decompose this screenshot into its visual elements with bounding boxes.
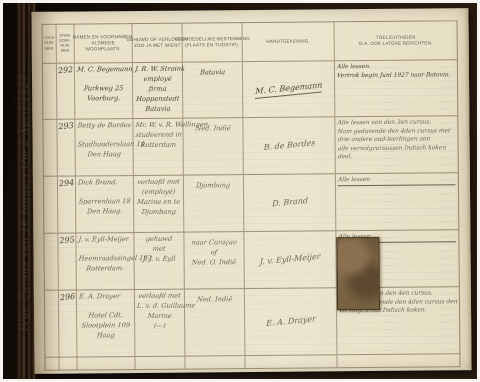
- pasted-photo-fragment: [336, 237, 380, 310]
- handwriting-line: Mr. W. v. R. Wellingen: [135, 121, 181, 131]
- handwriting-line: ZOO JA MET WIEN?: [134, 43, 180, 50]
- destination-cell: Ned. Indië: [185, 289, 246, 356]
- signature: B. de Bordes: [263, 137, 315, 154]
- handwriting-line: verloofd met: [135, 178, 181, 188]
- serial-number: 293: [58, 121, 74, 131]
- empty-cell: [45, 358, 59, 370]
- handwriting-line: naar Curaçao: [191, 238, 237, 248]
- destination-cell: Djombang: [184, 175, 244, 232]
- handwriting-line: Stadhouderslaan 11: [77, 140, 131, 150]
- handwriting-line: HANDTEEKENING.: [266, 38, 310, 45]
- serial-number: 295: [59, 235, 75, 245]
- stamboek-cell: 293: [57, 120, 75, 176]
- photo-frame: IVde Cursus van 10 Januari t/m 2 April 1…: [0, 0, 480, 382]
- handwriting-line: J. v. Eyll-Meijer: [78, 235, 132, 245]
- name-cell: J. v. Eyll-MeijerHeemraadssingel 193Rott…: [76, 233, 134, 290]
- handwriting-line: Heemraadssingel 193: [78, 254, 132, 264]
- marital-cell: gehuwdmetJ. J. v. Eyll: [134, 233, 184, 289]
- header-cell-namen: NAMEN EN VOORNAMEN,ALSMEDEWOONPLAATS.: [75, 24, 133, 63]
- handwriting-line: Alle lessen: [337, 175, 456, 186]
- signature: D. Brand: [271, 195, 307, 211]
- stamboek-cell: 294: [58, 177, 76, 233]
- remarks-cell: Alle lessen: [336, 173, 458, 230]
- header-cell-gehuwd: GEHUWD OF VERLOOFD?ZOO JA MET WIEN?: [133, 24, 183, 62]
- handwriting-line: Ned. O. Indië: [191, 258, 236, 268]
- handwriting-line: Hoppenstedt: [135, 94, 181, 104]
- handwriting-line: Slootplein 109: [79, 321, 133, 331]
- name-cell: Betty de BordesStadhouderslaan 11Den Haa…: [75, 119, 133, 176]
- register-table: VOLG-NUM-MER STAM-BOEK-NUM-MER NAMEN EN …: [42, 20, 461, 371]
- handwriting-line: Rotterdam: [135, 140, 181, 150]
- empty-cell: [337, 354, 459, 367]
- handwriting-line: Dick Brand.: [77, 178, 131, 188]
- empty-cell: [245, 355, 337, 368]
- header-row: VOLG-NUM-MER STAM-BOEK-NUM-MER NAMEN EN …: [43, 21, 457, 64]
- handwriting-line: verloofd met: [136, 292, 182, 302]
- handwriting-line: (employé): [136, 188, 182, 198]
- destination-cell: Ned. Indië: [183, 118, 243, 175]
- empty-partial-row: [45, 354, 459, 371]
- name-cell: M. C. BegemannParkweg 25Voorburg.: [75, 63, 133, 119]
- volgnummer-cell: [44, 177, 58, 233]
- handwriting-line: (—): [137, 321, 183, 331]
- empty-cell: [77, 357, 135, 370]
- page-edge: [464, 8, 471, 370]
- signature: J. v. Eyll-Meijer: [259, 251, 320, 269]
- destination-cell: Batavia: [183, 62, 243, 118]
- serial-number: 294: [59, 178, 75, 188]
- empty-cell: [59, 358, 77, 370]
- handwriting-line: deel.: [337, 152, 456, 162]
- handwriting-line: Haag: [79, 331, 133, 341]
- handwriting-line: firma: [135, 84, 181, 94]
- signature: E. A. Drayer: [266, 313, 316, 330]
- handwriting-line: Parkweg 25: [77, 84, 131, 94]
- stamboek-cell: 296: [59, 291, 78, 357]
- register-row: 292 M. C. BegemannParkweg 25Voorburg. J.…: [43, 60, 457, 120]
- handwriting-line: J. R. W. Stroink: [134, 65, 180, 75]
- volgnummer-cell: [44, 234, 58, 290]
- handwriting-line: Sparrenlaan 18: [78, 197, 132, 207]
- name-cell: Dick Brand.Sparrenlaan 18Den Haag.: [76, 176, 134, 233]
- handwriting-line: Alle lessen van den 3en cursus.: [337, 118, 456, 128]
- handwriting-line: Batavia: [135, 104, 181, 114]
- empty-cell: [135, 357, 185, 369]
- marital-cell: Mr. W. v. R. Wellingenstudeerend inRotte…: [133, 119, 183, 175]
- volgnummer-cell: [43, 120, 57, 176]
- empty-cell: [185, 356, 245, 369]
- register-row: 296 E. A. DrayerHotel Cdt.Slootplein 109…: [45, 287, 460, 358]
- remarks-cell: Alle lessen.Vertrok begin Juni 1927 naar…: [335, 60, 457, 116]
- handwriting-line: Ned. Indië: [196, 295, 232, 305]
- register-row: 295 J. v. Eyll-MeijerHeemraadssingel 193…: [44, 230, 458, 291]
- serial-number: 292: [58, 65, 74, 75]
- destination-cell: naar CuraçaoofNed. O. Indië: [184, 232, 244, 289]
- marital-cell: J. R. W. StroinkemployéfirmaHoppenstedtB…: [133, 63, 183, 118]
- handwriting-line: MER: [45, 46, 53, 51]
- header-cell-bestemming: VERMOEDELIJKE BESTEMMING(PLAATS EN TIJDS…: [183, 23, 243, 62]
- signature-cell: J. v. Eyll-Meijer: [244, 231, 336, 288]
- header-cell-stamboeknummer: STAM-BOEK-NUM-MER: [57, 25, 75, 63]
- stamboek-cell: 295: [58, 234, 76, 290]
- serial-number: 296: [60, 292, 76, 302]
- handwriting-line: Den Haag: [77, 150, 131, 160]
- handwriting-line: Batavia: [199, 68, 225, 78]
- signature-cell: B. de Bordes: [243, 117, 335, 174]
- handwriting-line: Hotel Cdt.: [79, 311, 133, 321]
- handwriting-line: Marine en te: [136, 197, 182, 207]
- handwriting-line: Vertrok begin Juni 1927 naar Batavia.: [337, 71, 456, 81]
- handwriting-line: M. C. Begemann: [76, 65, 130, 75]
- handwriting-line: L. v. d. Guillaume: [137, 301, 183, 311]
- volgnummer-cell: [45, 291, 60, 357]
- header-cell-handteekening: HANDTEEKENING.: [243, 22, 335, 61]
- handwriting-line: Djombang: [196, 181, 231, 191]
- register-row: 294 Dick Brand.Sparrenlaan 18Den Haag. v…: [44, 173, 458, 234]
- remarks-cell: Alle lessen van den 3en cursus.Nam gedur…: [335, 116, 457, 173]
- handwriting-line: Den Haag.: [78, 207, 132, 217]
- signature-cell: M. C. Begemann: [243, 61, 335, 117]
- marital-cell: verloofd met(employé)Marine en teDjomban…: [134, 176, 184, 232]
- handwriting-line: Djombang: [136, 207, 182, 217]
- handwriting-line: J. J. v. Eyll: [136, 254, 182, 264]
- handwriting-line: of: [210, 248, 217, 258]
- handwriting-line: O.A. OOK LATERE BERICHTEN.: [359, 40, 433, 47]
- margin-note: IVde Cursus van 10 Januari t/m 2 April 1…: [20, 53, 31, 353]
- photo-background: IVde Cursus van 10 Januari t/m 2 April 1…: [3, 3, 477, 379]
- register-page: VOLG-NUM-MER STAM-BOEK-NUM-MER NAMEN EN …: [31, 8, 471, 374]
- handwriting-line: employé: [135, 75, 181, 85]
- handwriting-line: (PLAATS EN TIJDSTIP).: [185, 42, 240, 49]
- handwriting-line: gehuwd: [136, 235, 182, 245]
- stamboek-cell: 292: [57, 64, 75, 119]
- handwriting-line: Rotterdam.: [78, 264, 132, 274]
- handwriting-line: Marine: [137, 311, 183, 321]
- handwriting-line: Ned. Indië: [195, 124, 231, 134]
- signature: M. C. Begemann: [255, 79, 323, 99]
- volgnummer-cell: [43, 64, 57, 119]
- handwriting-line: WOONPLAATS.: [85, 46, 121, 52]
- register-row: 293 Betty de BordesStadhouderslaan 11Den…: [43, 116, 457, 177]
- marital-cell: verloofd metL. v. d. GuillaumeMarine(—): [135, 290, 186, 356]
- handwriting-line: MER: [61, 49, 69, 54]
- signature-cell: E. A. Drayer: [245, 288, 338, 355]
- name-cell: E. A. DrayerHotel Cdt.Slootplein 109Haag: [77, 290, 136, 357]
- signature-cell: D. Brand: [244, 174, 336, 231]
- handwriting-line: E. A. Drayer: [78, 292, 132, 302]
- header-cell-volgnummer: VOLG-NUM-MER: [43, 25, 57, 63]
- handwriting-line: studeerend in: [135, 131, 181, 141]
- header-cell-toelichtingen: TOELICHTINGENO.A. OOK LATERE BERICHTEN.: [335, 21, 457, 60]
- handwriting-line: Voorburg.: [77, 94, 131, 104]
- handwriting-line: met: [136, 244, 182, 254]
- handwriting-line: Betty de Bordes: [77, 121, 131, 131]
